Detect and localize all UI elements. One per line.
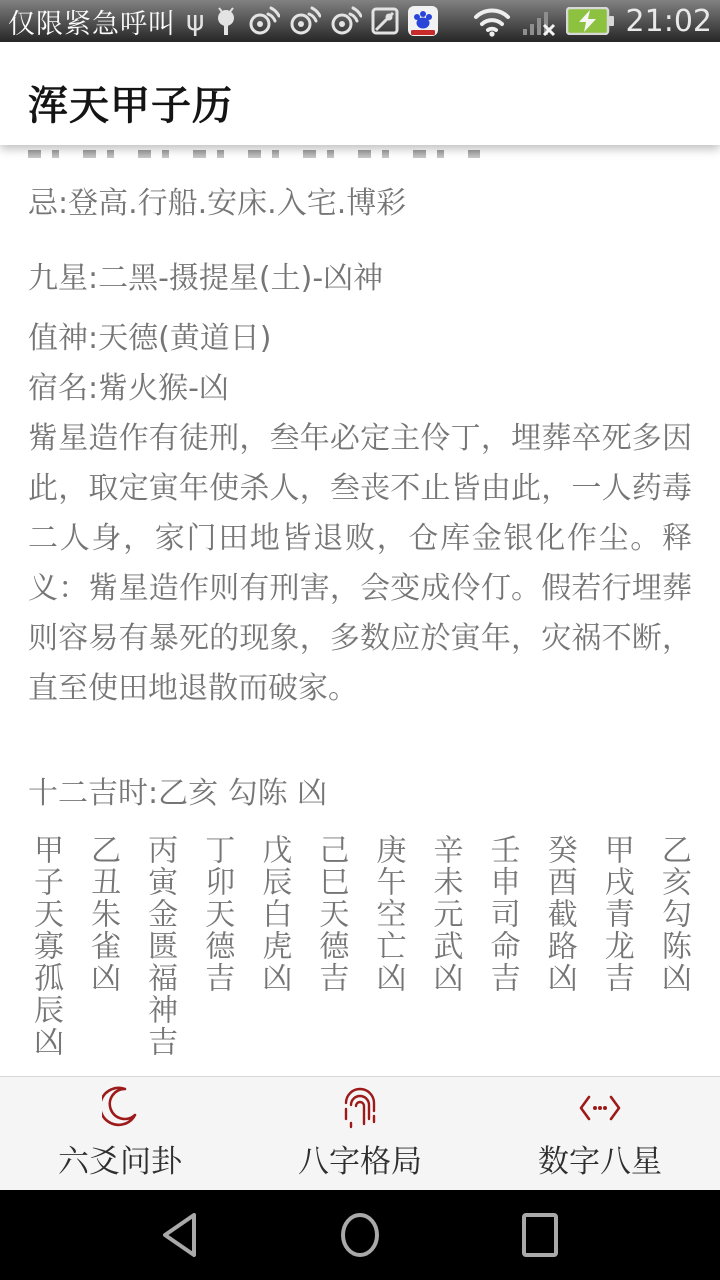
day-detail-block: 值神:天德(黄道日) 宿名:觜火猴-凶 觜星造作有徒刑，叁年必定主伶丁，埋葬卒死… — [28, 314, 692, 714]
hour-column: 戊辰白虎凶 — [256, 834, 290, 1069]
android-nav-bar — [0, 1190, 720, 1280]
moon-icon — [102, 1086, 138, 1130]
baidu-app-icon — [408, 6, 438, 36]
signal-no-sim-icon — [522, 5, 556, 37]
screen: 仅限紧急呼叫 ψ — [0, 0, 720, 1280]
hour-column: 乙丑朱雀凶 — [85, 834, 119, 1069]
notification-icons: ψ — [186, 6, 438, 36]
nav-item-shuzi[interactable]: 数字八星 — [480, 1077, 720, 1190]
screenshot-icon — [371, 7, 399, 35]
hour-column: 丁卯天德吉 — [199, 834, 233, 1069]
battery-charging-icon — [566, 7, 614, 35]
system-status-icons: 21:02 — [472, 4, 712, 39]
weibo-icon — [248, 6, 280, 36]
nav-item-bazi[interactable]: 八字格局 — [240, 1077, 480, 1190]
hour-columns-table: 甲子天寡孤辰凶 乙丑朱雀凶 丙寅金匮福神吉 丁卯天德吉 戊辰白虎凶 己巳天德吉 … — [28, 834, 692, 1069]
mansion-detail-paragraph: 觜星造作有徒刑，叁年必定主伶丁，埋葬卒死多因此，取定寅年使杀人，叁丧不止皆由此，… — [28, 414, 692, 714]
mansion-line: 宿名:觜火猴-凶 — [28, 364, 692, 414]
hour-column: 丙寅金匮福神吉 — [142, 834, 176, 1069]
nav-label: 数字八星 — [538, 1136, 662, 1181]
lucky-hours-line: 十二吉时:乙亥 勾陈 凶 — [28, 769, 692, 819]
carrier-text: 仅限紧急呼叫 — [8, 2, 176, 41]
nine-star-line: 九星:二黑-摄提星(土)-凶神 — [28, 254, 692, 304]
hour-column: 甲子天寡孤辰凶 — [28, 834, 62, 1069]
duty-god-line: 值神:天德(黄道日) — [28, 314, 692, 364]
hour-column: 甲戌青龙吉 — [599, 834, 633, 1069]
nav-label: 八字格局 — [298, 1136, 422, 1181]
clock: 21:02 — [626, 4, 712, 39]
clipped-text-remnant — [28, 148, 480, 159]
recents-button[interactable] — [508, 1203, 572, 1267]
weibo-icon — [330, 6, 362, 36]
fingerprint-icon — [340, 1086, 380, 1130]
nav-item-liuyao[interactable]: 六爻问卦 — [0, 1077, 240, 1190]
nav-label: 六爻问卦 — [58, 1136, 182, 1181]
hour-column: 辛未元武凶 — [428, 834, 462, 1069]
code-brackets-icon — [578, 1086, 622, 1130]
hour-column: 庚午空亡凶 — [370, 834, 404, 1069]
hour-column: 己巳天德吉 — [313, 834, 347, 1069]
app-header: 浑天甲子历 — [0, 42, 720, 145]
back-button[interactable] — [148, 1203, 212, 1267]
home-button[interactable] — [328, 1203, 392, 1267]
hour-column: 壬申司命吉 — [485, 834, 519, 1069]
usb-icon: ψ — [186, 7, 204, 35]
wifi-icon — [472, 5, 512, 37]
hour-column: 癸酉截路凶 — [542, 834, 576, 1069]
hour-column: 乙亥勾陈凶 — [656, 834, 690, 1069]
page-title: 浑天甲子历 — [28, 74, 233, 131]
bottom-nav: 六爻问卦 八字格局 — [0, 1076, 720, 1190]
status-bar: 仅限紧急呼叫 ψ — [0, 0, 720, 42]
weibo-icon — [289, 6, 321, 36]
content-scroll[interactable]: 忌:登高.行船.安床.入宅.博彩 九星:二黑-摄提星(土)-凶神 值神:天德(黄… — [0, 145, 720, 1076]
android-debug-icon — [213, 6, 239, 36]
taboo-line: 忌:登高.行船.安床.入宅.博彩 — [28, 179, 692, 229]
